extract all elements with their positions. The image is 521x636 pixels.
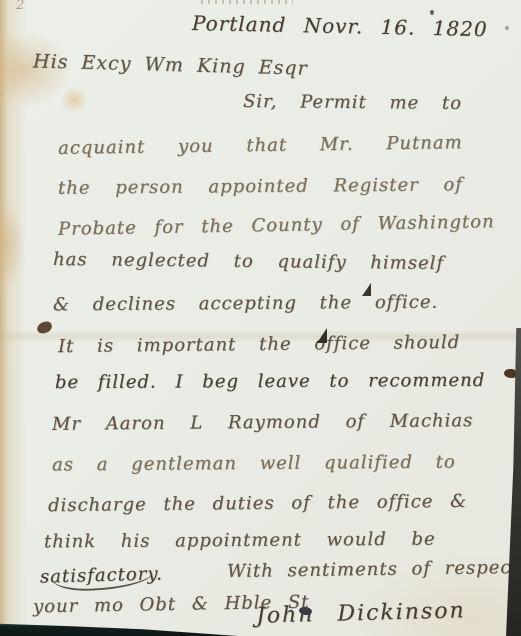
underline-flourish — [52, 569, 155, 592]
ink-blot — [504, 369, 517, 378]
signature: John Dickinson — [256, 598, 466, 628]
pencil-page-number: 2 — [16, 0, 24, 13]
dateline: Portland Novr. 16. 1820 — [192, 11, 488, 41]
body-line: as a gentleman well qualified to — [52, 452, 456, 476]
body-line: the person appointed Register of — [58, 174, 463, 199]
body-line: Mr Aaron L Raymond of Machias — [52, 410, 473, 435]
body-line: think his appointment would be — [44, 529, 436, 553]
ink-speck — [505, 26, 509, 30]
cropped-stamp-mark — [201, 0, 293, 4]
body-line: It is important the office should — [58, 332, 460, 357]
scan-edge-bottom-left — [0, 621, 238, 636]
ink-speck — [430, 10, 434, 15]
body-line: be filled. I beg leave to recommend — [55, 370, 485, 393]
body-line: Probate for the County of Washington — [58, 211, 495, 240]
body-line: acquaint you that Mr. Putnam — [58, 132, 463, 159]
recipient-line: His Excy Wm King Esqr — [33, 50, 308, 79]
salutation-line: Sir, Permit me to — [243, 91, 462, 114]
ink-blot — [36, 320, 53, 334]
letter-page: 2 Portland Novr. 16. 1820 His Excy Wm Ki… — [0, 0, 521, 636]
closing-line: With sentiments of respect — [227, 557, 520, 582]
body-line: & declines accepting the office. — [53, 292, 438, 316]
body-line: has neglected to qualify himself — [53, 249, 444, 274]
body-line: discharge the duties of the office & — [48, 491, 467, 516]
